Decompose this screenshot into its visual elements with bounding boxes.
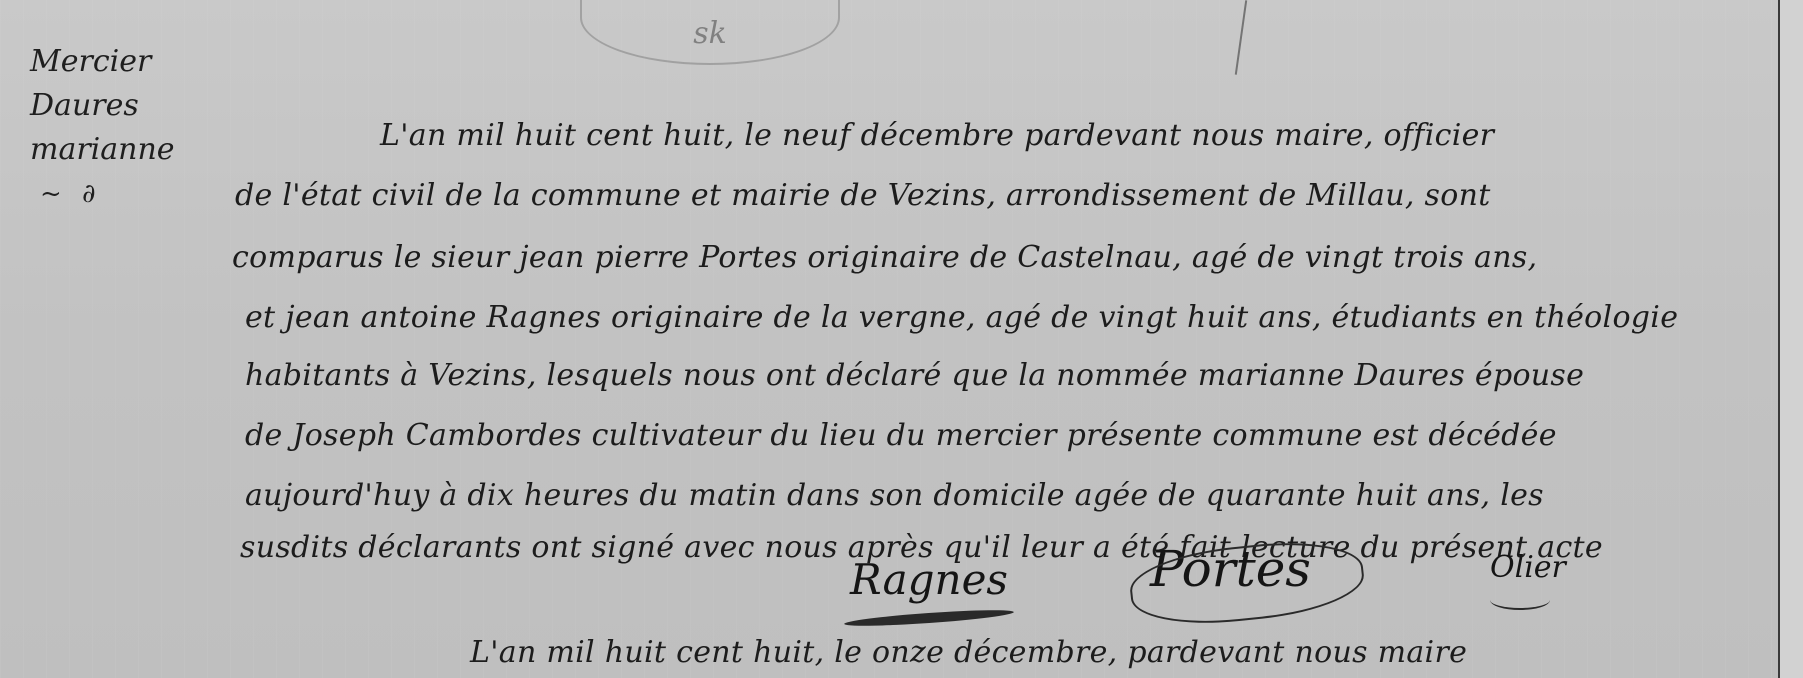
archive-stamp: sk xyxy=(580,0,840,65)
margin-place-name: Mercier xyxy=(30,40,230,84)
record-line-3: comparus le sieur jean pierre Portes ori… xyxy=(232,240,1537,275)
margin-given-name: marianne xyxy=(30,128,230,172)
adjacent-page-edge xyxy=(1780,0,1803,678)
signatures: Ragnes Portes Olier xyxy=(850,550,1750,630)
ink-mark xyxy=(1235,0,1247,75)
stamp-text: sk xyxy=(693,16,727,51)
record-line-7: aujourd'huy à dix heures du matin dans s… xyxy=(245,478,1544,513)
record-line-4: et jean antoine Ragnes originaire de la … xyxy=(245,300,1678,335)
record-line-5: habitants à Vezins, lesquels nous ont dé… xyxy=(245,358,1584,393)
scanned-register-page: sk Mercier Daures marianne ~ ∂ L'an mil … xyxy=(0,0,1803,678)
signature-portes: Portes xyxy=(1150,540,1311,598)
margin-flourish: ~ ∂ xyxy=(40,172,230,216)
signature-olier: Olier xyxy=(1490,550,1566,585)
margin-annotation: Mercier Daures marianne ~ ∂ xyxy=(30,40,230,216)
next-record-line: L'an mil huit cent huit, le onze décembr… xyxy=(470,635,1467,670)
signature-ragnes: Ragnes xyxy=(850,555,1008,604)
record-line-1: L'an mil huit cent huit, le neuf décembr… xyxy=(380,118,1494,153)
record-line-6: de Joseph Cambordes cultivateur du lieu … xyxy=(245,418,1557,453)
margin-surname: Daures xyxy=(30,84,230,128)
record-line-2: de l'état civil de la commune et mairie … xyxy=(235,178,1491,213)
